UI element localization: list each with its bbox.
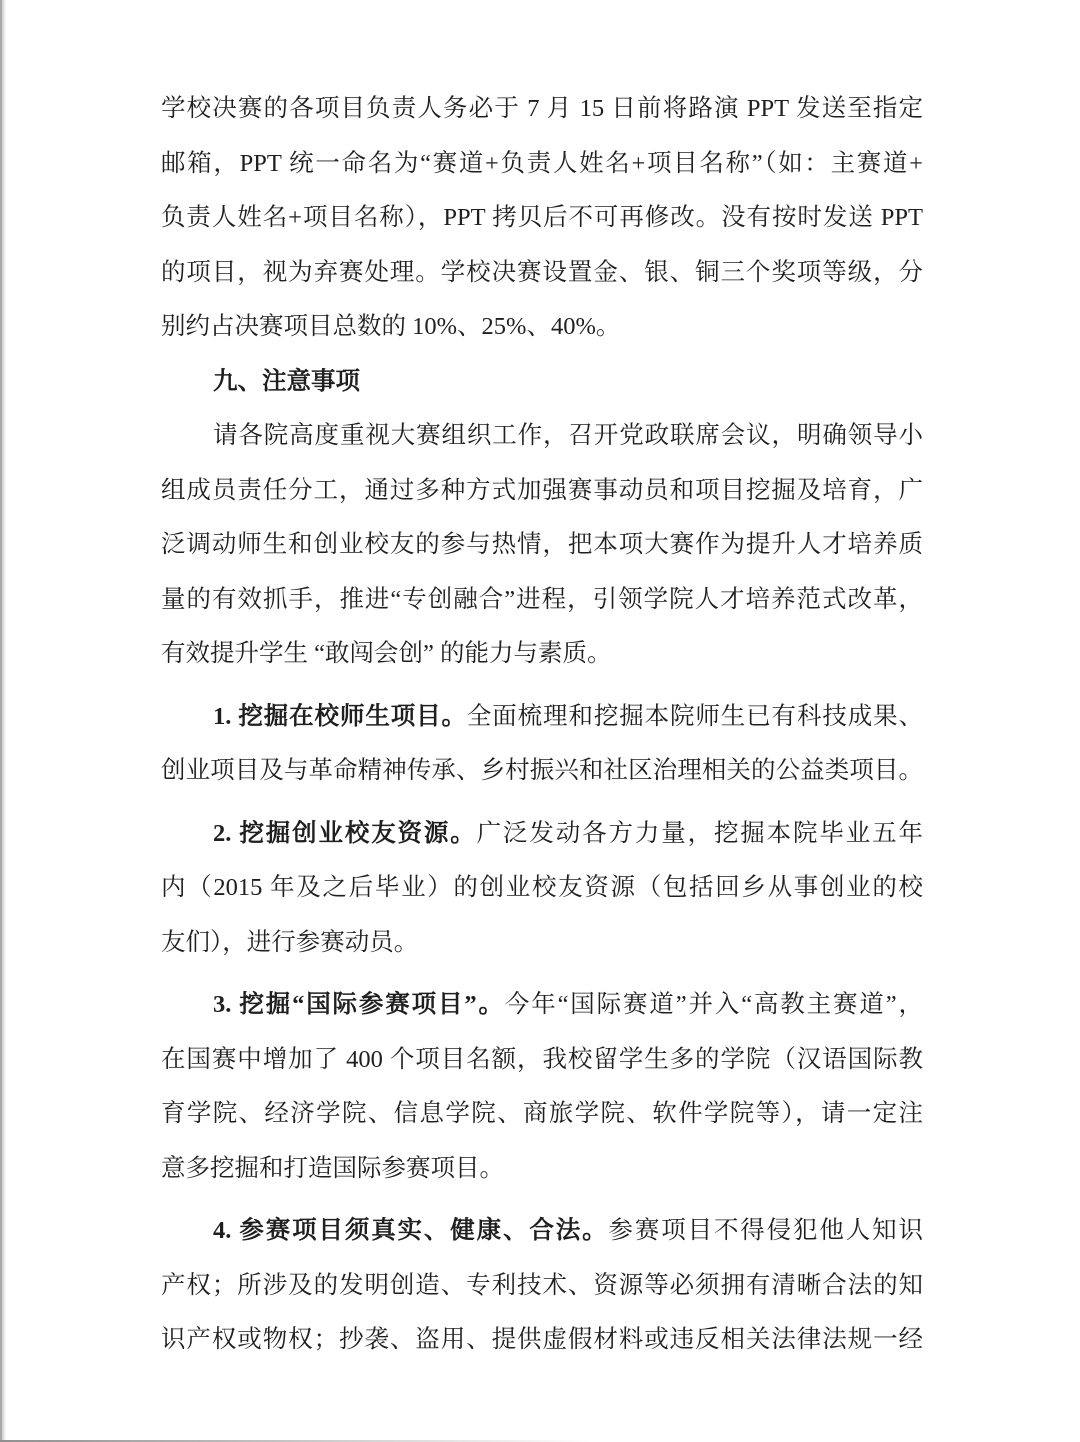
- item4-line3: 识产权或物权；抄袭、盗用、提供虚假材料或违反相关法律法规一经: [161, 1313, 923, 1368]
- para-finals-ppt-line1: 学校决赛的各项目负责人务必于 7 月 15 日前将路演 PPT 发送至指定: [161, 82, 923, 137]
- item3-lead: 3. 挖掘“国际参赛项目”。: [213, 991, 505, 1018]
- para-finals-ppt-line5: 别约占决赛项目总数的 10%、25%、40%。: [161, 300, 923, 355]
- item3-line2: 在国赛中增加了 400 个项目名额，我校留学生多的学院（汉语国际教: [161, 1033, 923, 1088]
- para-notes-intro-line5: 有效提升学生 “敢闯会创” 的能力与素质。: [161, 627, 923, 682]
- scan-left-edge: [0, 0, 6, 1442]
- item1-line1: 1. 挖掘在校师生项目。全面梳理和挖掘本院师生已有科技成果、: [161, 690, 923, 745]
- item1-line1-body: 全面梳理和挖掘本院师生已有科技成果、: [467, 703, 923, 730]
- item1-lead: 1. 挖掘在校师生项目。: [213, 703, 467, 730]
- item3-line1-body: 今年“国际赛道”并入“高教主赛道”，: [505, 991, 923, 1018]
- item2-lead: 2. 挖掘创业校友资源。: [213, 820, 477, 847]
- para-notes-intro-line1: 请各院高度重视大赛组织工作，召开党政联席会议，明确领导小: [161, 409, 923, 464]
- para-notes-intro-line3: 泛调动师生和创业校友的参与热情，把本项大赛作为提升人才培养质: [161, 518, 923, 573]
- item2-line3: 友们），进行参赛动员。: [161, 916, 923, 971]
- para-finals-ppt-line3: 负责人姓名+项目名称），PPT 拷贝后不可再修改。没有按时发送 PPT: [161, 191, 923, 246]
- para-notes-intro-line4: 量的有效抓手，推进“专创融合”进程，引领学院人才培养范式改革，: [161, 573, 923, 628]
- item2-line2: 内（2015 年及之后毕业）的创业校友资源（包括回乡从事创业的校: [161, 861, 923, 916]
- para-notes-intro-line2: 组成员责任分工，通过多种方式加强赛事动员和项目挖掘及培育，广: [161, 464, 923, 519]
- item2-line1-body: 广泛发动各方力量，挖掘本院毕业五年: [477, 820, 923, 847]
- item3-line1: 3. 挖掘“国际参赛项目”。今年“国际赛道”并入“高教主赛道”，: [161, 978, 923, 1033]
- item4-line2: 产权；所涉及的发明创造、专利技术、资源等必须拥有清晰合法的知: [161, 1259, 923, 1314]
- document-body: 学校决赛的各项目负责人务必于 7 月 15 日前将路演 PPT 发送至指定 邮箱…: [161, 82, 923, 1368]
- item4-lead: 4. 参赛项目须真实、健康、合法。: [213, 1217, 608, 1244]
- item4-line1-body: 参赛项目不得侵犯他人知识: [608, 1217, 923, 1244]
- item2-line1: 2. 挖掘创业校友资源。广泛发动各方力量，挖掘本院毕业五年: [161, 807, 923, 862]
- item3-line4: 意多挖掘和打造国际参赛项目。: [161, 1142, 923, 1197]
- para-finals-ppt-line4: 的项目，视为弃赛处理。学校决赛设置金、银、铜三个奖项等级，分: [161, 246, 923, 301]
- para-finals-ppt-line2: 邮箱，PPT 统一命名为“赛道+负责人姓名+项目名称”（如：主赛道+: [161, 137, 923, 192]
- section-heading-notes: 九、注意事项: [161, 355, 923, 410]
- document-page: 学校决赛的各项目负责人务必于 7 月 15 日前将路演 PPT 发送至指定 邮箱…: [0, 0, 1080, 1442]
- item3-line3: 育学院、经济学院、信息学院、商旅学院、软件学院等），请一定注: [161, 1087, 923, 1142]
- item4-line1: 4. 参赛项目须真实、健康、合法。参赛项目不得侵犯他人知识: [161, 1204, 923, 1259]
- item1-line2: 创业项目及与革命精神传承、乡村振兴和社区治理相关的公益类项目。: [161, 744, 923, 799]
